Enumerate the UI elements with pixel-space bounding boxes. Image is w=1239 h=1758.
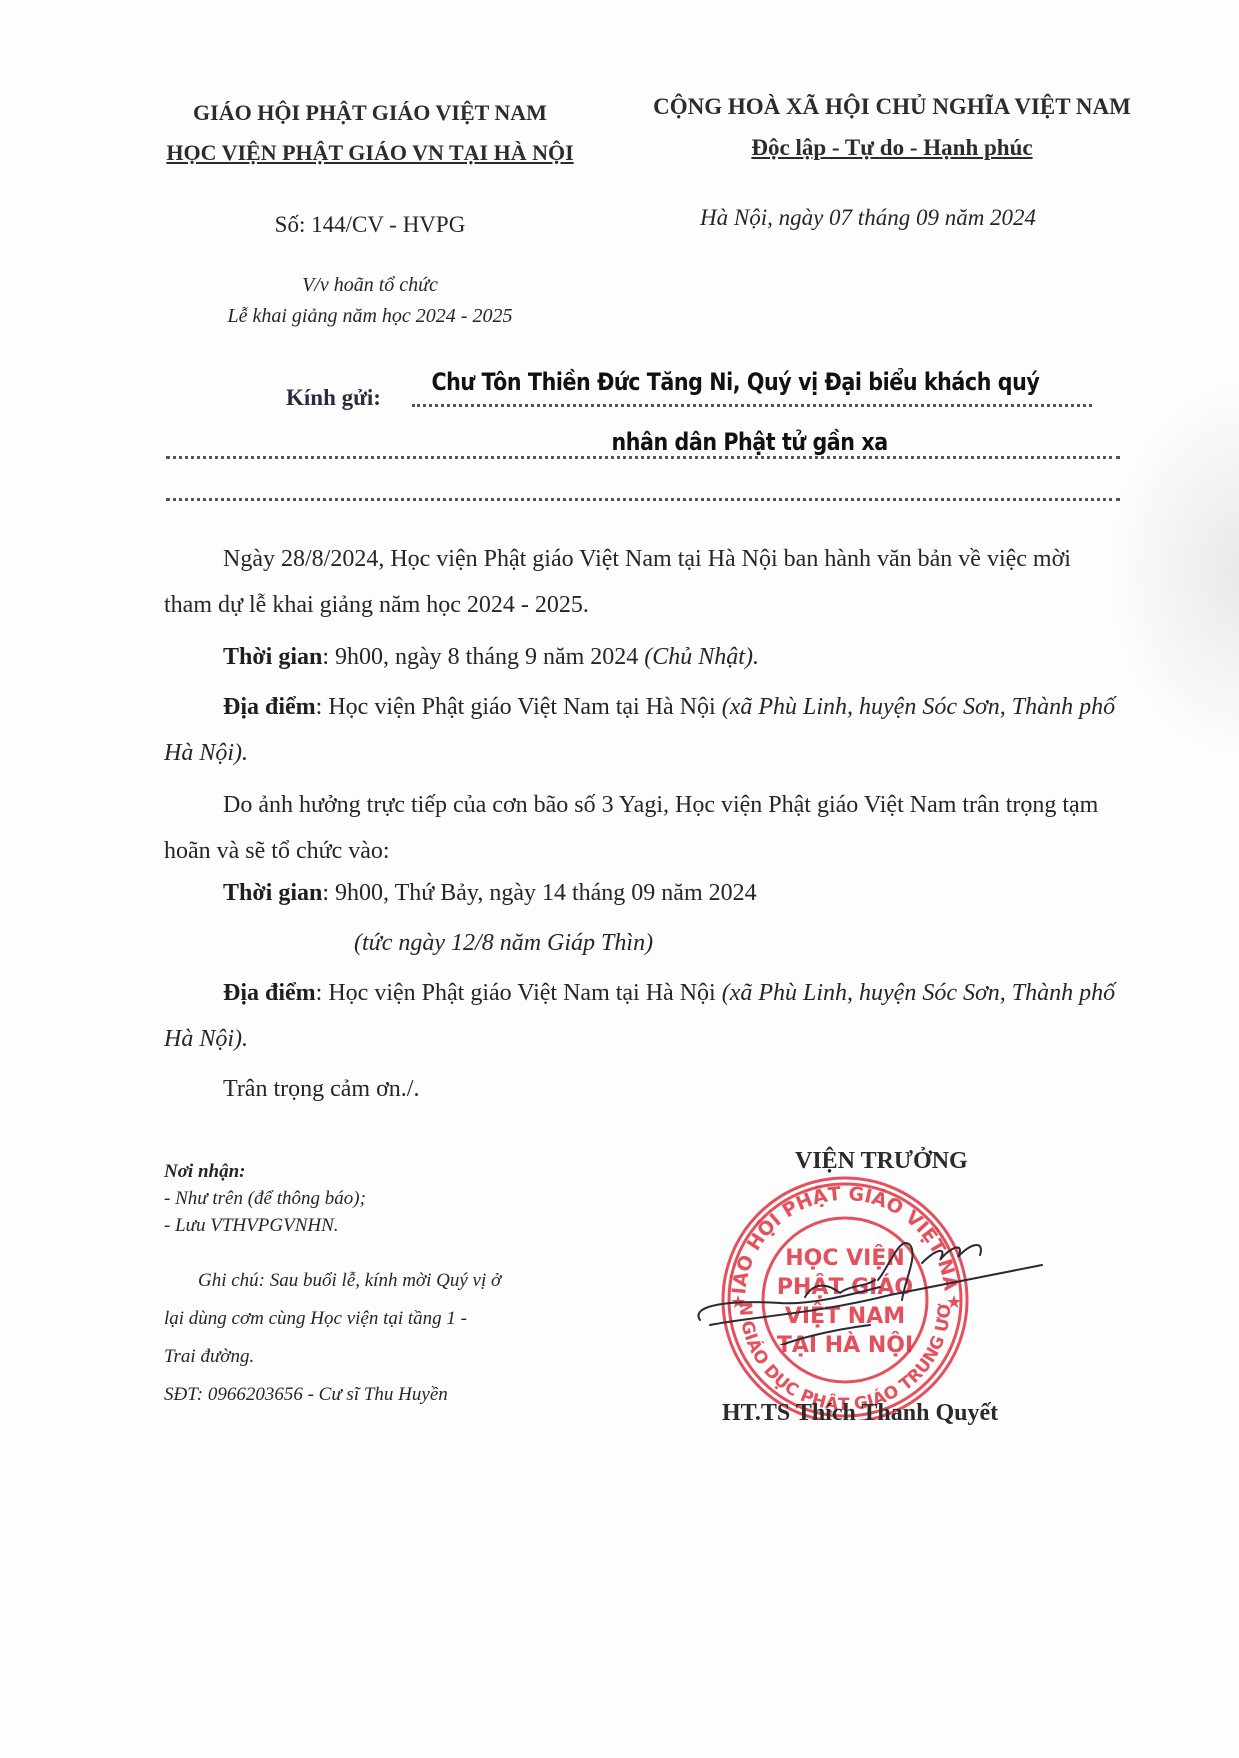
dotted-line bbox=[166, 456, 1120, 459]
document-page: GIÁO HỘI PHẬT GIÁO VIỆT NAM HỌC VIỆN PHẬ… bbox=[0, 0, 1239, 1758]
note-block: Ghi chú: Sau buổi lễ, kính mời Quý vị ở … bbox=[164, 1262, 594, 1414]
label: Địa điểm bbox=[223, 980, 316, 1006]
institution-name: HỌC VIỆN PHẬT GIÁO VN TẠI HÀ NỘI bbox=[140, 140, 600, 166]
recipient-line-1: Chư Tôn Thiền Đức Tăng Ni, Quý vị Đại bi… bbox=[428, 368, 1043, 396]
page-shadow bbox=[1109, 380, 1239, 760]
closing: Trân trọng cảm ơn./. bbox=[164, 1066, 1124, 1112]
signer-name: HT.TS Thích Thanh Quyết bbox=[722, 1400, 998, 1427]
label: Thời gian bbox=[223, 880, 322, 906]
document-subject: V/v hoãn tổ chức Lễ khai giảng năm học 2… bbox=[140, 270, 600, 332]
new-place: Địa điểm: Học viện Phật giáo Việt Nam tạ… bbox=[164, 970, 1124, 1062]
national-motto: Độc lập - Tự do - Hạnh phúc bbox=[612, 135, 1172, 161]
dotted-line bbox=[166, 498, 1120, 501]
new-time: Thời gian: 9h00, Thứ Bảy, ngày 14 tháng … bbox=[164, 870, 1124, 916]
contact-line: SĐT: 0966203656 - Cư sĩ Thu Huyền bbox=[164, 1376, 594, 1414]
postpone-paragraph: Do ảnh hưởng trực tiếp của cơn bão số 3 … bbox=[164, 782, 1124, 874]
value: : Học viện Phật giáo Việt Nam tại Hà Nội bbox=[316, 694, 722, 720]
document-number: Số: 144/CV - HVPG bbox=[140, 212, 600, 238]
label: Địa điểm bbox=[223, 694, 316, 720]
handwritten-signature-icon bbox=[690, 1225, 1050, 1345]
recipient-item: - Như trên (để thông báo); bbox=[164, 1185, 366, 1212]
value: : 9h00, ngày 8 tháng 9 năm 2024 bbox=[322, 644, 644, 670]
subject-line-1: V/v hoãn tổ chức bbox=[140, 270, 600, 301]
recipient-item: - Lưu VTHVPGVNHN. bbox=[164, 1212, 366, 1239]
note-line: Trai đường. bbox=[164, 1338, 594, 1376]
subject-line-2: Lễ khai giảng năm học 2024 - 2025 bbox=[140, 301, 600, 332]
place-date: Hà Nội, ngày 07 tháng 09 năm 2024 bbox=[700, 205, 1036, 231]
value: : 9h00, Thứ Bảy, ngày 14 tháng 09 năm 20… bbox=[322, 880, 756, 906]
value: : Học viện Phật giáo Việt Nam tại Hà Nội bbox=[316, 980, 722, 1006]
label: Thời gian bbox=[223, 644, 322, 670]
intro-paragraph: Ngày 28/8/2024, Học viện Phật giáo Việt … bbox=[164, 536, 1124, 628]
intro-text: Ngày 28/8/2024, Học viện Phật giáo Việt … bbox=[164, 536, 1124, 628]
note: (Chủ Nhật). bbox=[644, 644, 759, 670]
recipients-list: Nơi nhận: - Như trên (để thông báo); - L… bbox=[164, 1158, 366, 1239]
note-line: lại dùng cơm cùng Học viện tại tầng 1 - bbox=[164, 1300, 594, 1338]
note-line: Ghi chú: Sau buổi lễ, kính mời Quý vị ở bbox=[164, 1262, 594, 1300]
original-place: Địa điểm: Học viện Phật giáo Việt Nam tạ… bbox=[164, 684, 1124, 776]
original-time: Thời gian: 9h00, ngày 8 tháng 9 năm 2024… bbox=[164, 634, 1124, 680]
closing-text: Trân trọng cảm ơn./. bbox=[164, 1066, 1124, 1112]
recipient-line-2: nhân dân Phật tử gần xa bbox=[608, 428, 891, 456]
recipient-label: Kính gửi: bbox=[286, 385, 381, 411]
lunar-date: (tức ngày 12/8 năm Giáp Thìn) bbox=[164, 920, 1124, 966]
postpone-text: Do ảnh hưởng trực tiếp của cơn bão số 3 … bbox=[164, 782, 1124, 874]
national-title: CỘNG HOÀ XÃ HỘI CHỦ NGHĨA VIỆT NAM bbox=[612, 94, 1172, 120]
dotted-line bbox=[412, 404, 1092, 407]
recipients-title: Nơi nhận: bbox=[164, 1158, 366, 1185]
organization-name: GIÁO HỘI PHẬT GIÁO VIỆT NAM bbox=[145, 100, 595, 126]
